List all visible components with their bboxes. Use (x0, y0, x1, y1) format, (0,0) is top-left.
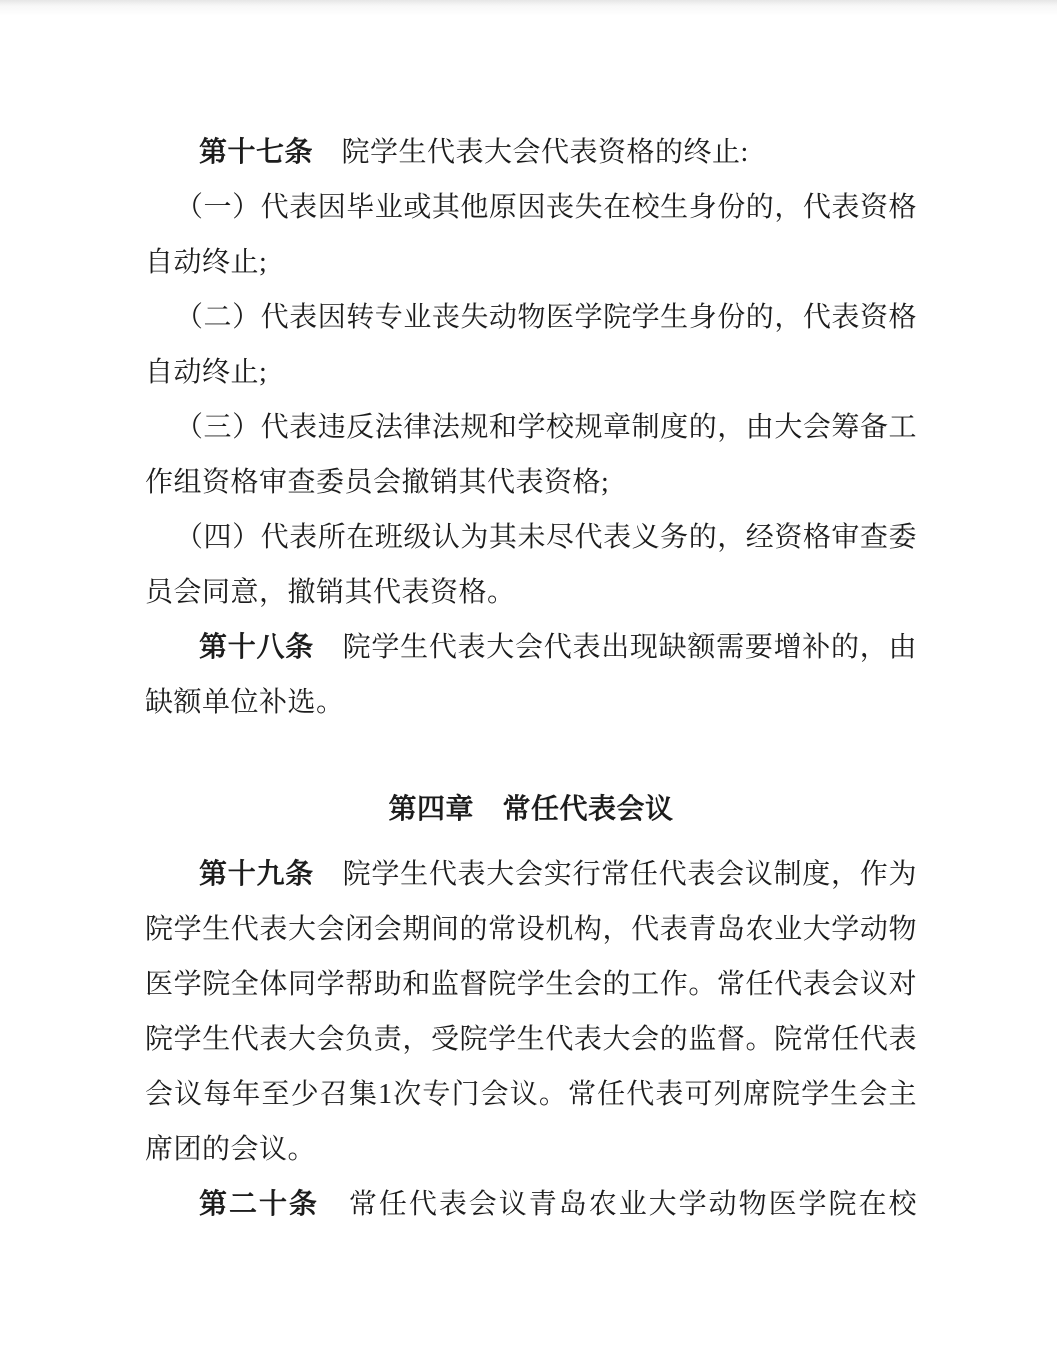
clause-3-line-2: 作组资格审查委员会撤销其代表资格; (145, 455, 917, 510)
article-number: 第十九条 (199, 859, 314, 890)
article-20-line-1: 第二十条 常任代表会议青岛农业大学动物医学院在校 (145, 1177, 917, 1232)
article-18-line-1: 第十八条 院学生代表大会代表出现缺额需要增补的，由 (145, 620, 917, 675)
article-number: 第二十条 (199, 1189, 319, 1220)
line-text: 医学院全体同学帮助和监督院学生会的工作。常任代表会议对 (145, 969, 917, 1000)
article-number: 第十七条 (199, 137, 313, 168)
document-page: 第十七条 院学生代表大会代表资格的终止: （一）代表因毕业或其他原因丧失在校生身… (0, 0, 1057, 1355)
line-text: 院学生代表大会实行常任代表会议制度，作为 (314, 859, 917, 890)
article-19-line-4: 院学生代表大会负责，受院学生代表大会的监督。院常任代表 (145, 1012, 917, 1067)
line-text: 常任代表会议青岛农业大学动物医学院在校 (319, 1189, 917, 1220)
line-text: （二）代表因转专业丧失动物医学院学生身份的，代表资格 (175, 302, 917, 333)
article-19-line-1: 第十九条 院学生代表大会实行常任代表会议制度，作为 (145, 847, 917, 902)
line-text: 自动终止; (145, 247, 267, 278)
article-19-line-3: 医学院全体同学帮助和监督院学生会的工作。常任代表会议对 (145, 957, 917, 1012)
clause-1-line-2: 自动终止; (145, 235, 917, 290)
line-text: （四）代表所在班级认为其未尽代表义务的，经资格审查委 (175, 522, 917, 553)
clause-1-line-1: （一）代表因毕业或其他原因丧失在校生身份的，代表资格 (145, 180, 917, 235)
line-text: 员会同意，撤销其代表资格。 (145, 577, 516, 608)
document-body: 第十七条 院学生代表大会代表资格的终止: （一）代表因毕业或其他原因丧失在校生身… (145, 125, 917, 1232)
line-text: 席团的会议。 (145, 1134, 316, 1165)
clause-4-line-2: 员会同意，撤销其代表资格。 (145, 565, 917, 620)
line-text: （一）代表因毕业或其他原因丧失在校生身份的，代表资格 (175, 192, 917, 223)
clause-4-line-1: （四）代表所在班级认为其未尽代表义务的，经资格审查委 (145, 510, 917, 565)
line-text: 院学生代表大会负责，受院学生代表大会的监督。院常任代表 (145, 1024, 917, 1055)
line-text: 自动终止; (145, 357, 267, 388)
line-text: 缺额单位补选。 (145, 687, 345, 718)
line-text: 院学生代表大会闭会期间的常设机构，代表青岛农业大学动物 (145, 914, 917, 945)
line-text: 作组资格审查委员会撤销其代表资格; (145, 467, 609, 498)
article-18-line-2: 缺额单位补选。 (145, 675, 917, 730)
article-number: 第十八条 (199, 632, 314, 663)
chapter-4-heading: 第四章 常任代表会议 (145, 782, 917, 837)
page-top-edge (0, 0, 1057, 16)
chapter-title: 常任代表会议 (474, 794, 674, 825)
line-text: 院学生代表大会代表资格的终止: (313, 137, 749, 168)
clause-2-line-1: （二）代表因转专业丧失动物医学院学生身份的，代表资格 (145, 290, 917, 345)
article-19-line-2: 院学生代表大会闭会期间的常设机构，代表青岛农业大学动物 (145, 902, 917, 957)
line-text: 院学生代表大会代表出现缺额需要增补的，由 (314, 632, 917, 663)
article-19-line-5: 会议每年至少召集1次专门会议。常任代表可列席院学生会主 (145, 1067, 917, 1122)
line-text: （三）代表违反法律法规和学校规章制度的，由大会筹备工 (175, 412, 917, 443)
article-19-line-6: 席团的会议。 (145, 1122, 917, 1177)
article-17-heading-line: 第十七条 院学生代表大会代表资格的终止: (145, 125, 917, 180)
chapter-number: 第四章 (388, 794, 474, 825)
clause-2-line-2: 自动终止; (145, 345, 917, 400)
clause-3-line-1: （三）代表违反法律法规和学校规章制度的，由大会筹备工 (145, 400, 917, 455)
blank-line (145, 730, 917, 782)
line-text: 会议每年至少召集1次专门会议。常任代表可列席院学生会主 (145, 1079, 917, 1110)
